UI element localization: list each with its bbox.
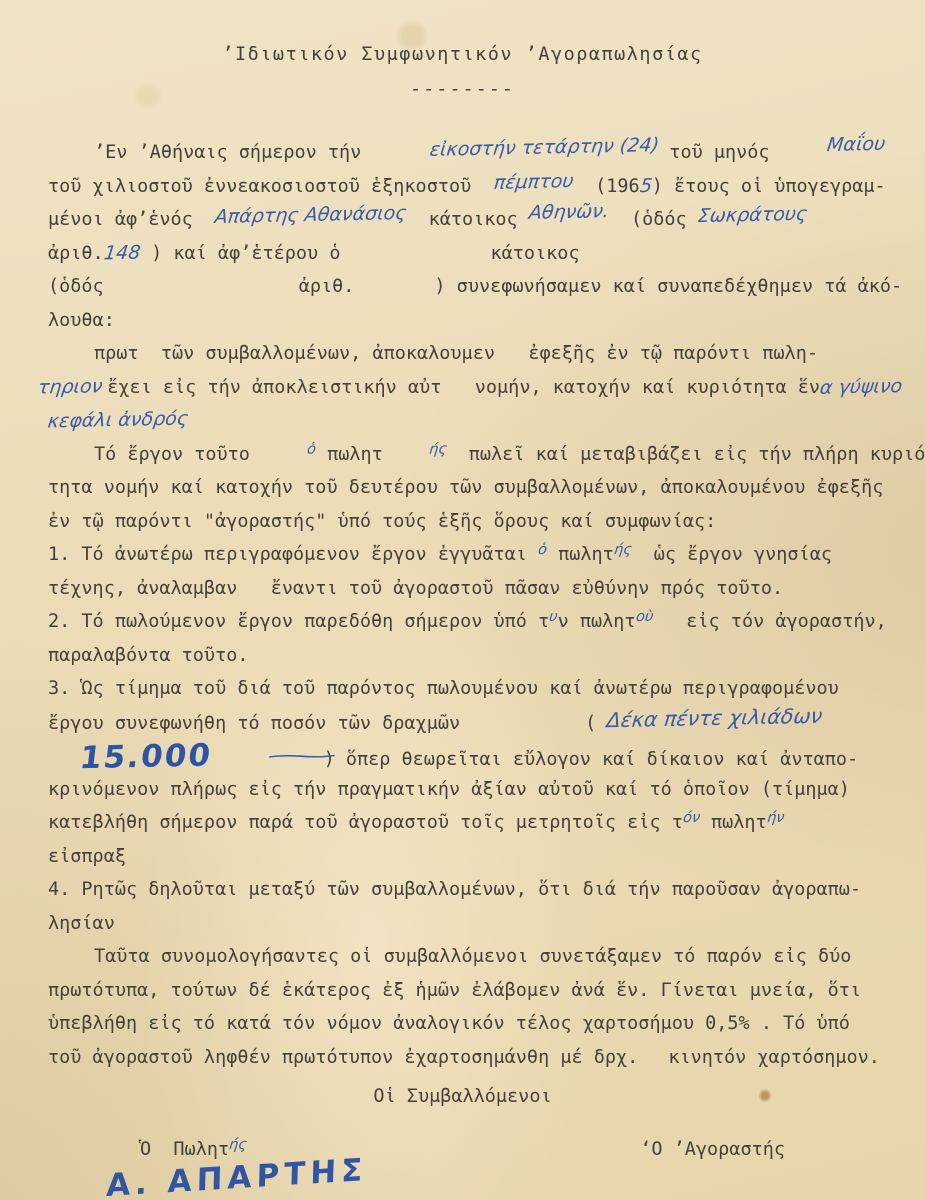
typed-segment: ) καί ἀφ’ἑτέρου ὁ	[140, 243, 340, 264]
term3-line-4: κρινόμενον πλήρως εἰς τήν πραγματικήν ἀξ…	[48, 773, 897, 807]
term2-line-2: παραλαβόντα τοῦτο.	[48, 639, 897, 673]
seller-label: Ὁ Πωλητής	[140, 1139, 247, 1160]
term1-line-1: 1. Τό ἀνωτέρω περιγραφόμενον ἔργον ἐγγυᾶ…	[48, 538, 897, 572]
typed-segment: μένοι ἀφ’ἑνός	[48, 209, 215, 230]
typed-segment: παραλαβόντα τοῦτο.	[48, 645, 248, 666]
term3-line-2: ἔργου συνεφωνήθη τό ποσόν τῶν δραχμῶν( Δ…	[48, 706, 897, 740]
seller-label-typed: Ὁ Πωλητ	[140, 1139, 229, 1160]
typed-segment: ἐν τῷ παρόντι "ἀγοραστής" ὑπό τούς ἑξῆς …	[48, 511, 716, 532]
handwritten-ending: ής	[612, 534, 634, 568]
typed-segment: τοῦ χιλιοστοῦ ἐννεακοσιοστοῦ ἑξηκοστοῦ	[48, 176, 494, 197]
typed-segment: ν πωλητ	[558, 611, 636, 632]
seller-label-handwritten-ending: ής	[228, 1137, 248, 1153]
term1-line-2: τέχνης, ἀναλαμβαν ἔναντι τοῦ ἀγοραστοῦ π…	[48, 572, 897, 606]
blank-space	[354, 291, 434, 292]
parties-line-2: ἀριθ.148 ) καί ἀφ’ἑτέρου ὁκάτοικος	[48, 237, 897, 271]
handwritten-city: Αθηνῶν.	[527, 195, 611, 230]
blank-space	[104, 291, 299, 292]
handwritten-amount-words: Δέκα πέντε χιλιάδων	[605, 699, 824, 737]
typed-segment: τοῦ μηνός	[658, 142, 781, 163]
typed-segment: κάτοικος	[406, 209, 529, 230]
term4-line-1: 4. Ρητῶς δηλοῦται μεταξύ τῶν συμβαλλομέν…	[48, 873, 897, 907]
transfer-line-2: τητα νομήν καί κατοχήν τοῦ δευτέρου τῶν …	[48, 471, 897, 505]
seller-clause-line-2: τηριονἔχει εἰς τήν ἀποκλειστικήν αὐτ νομ…	[48, 371, 897, 405]
typed-segment: λουθα:	[48, 310, 115, 331]
typed-segment: ) συνεφωνήσαμεν καί συναπεδέχθημεν τά ἀκ…	[434, 276, 902, 297]
parties-line-1: μένοι ἀφ’ἑνός Απάρτης Αθανάσιος κάτοικος…	[48, 203, 897, 237]
typed-segment: πρωτότυπα, τούτων δέ ἑκάτερος ἐξ ἡμῶν ἐλ…	[48, 980, 861, 1001]
typed-segment: (ὁδός	[48, 276, 104, 297]
closing-line-4: τοῦ ἀγοραστοῦ ληφθέν πρωτότυπον ἐχαρτοση…	[48, 1041, 897, 1075]
typed-segment: πωλητ	[316, 444, 383, 465]
typed-segment: ὑπεβλήθη εἰς τό κατά τόν νόμον ἀναλογικό…	[48, 1013, 850, 1034]
handwritten-object-word-1: α γύψινο	[818, 370, 904, 405]
signature-labels-row: Ὁ Πωλητής ‘Ο ’Αγοραστής	[48, 1139, 877, 1160]
handwritten-year-digit: 5	[638, 169, 654, 203]
blank-space	[460, 728, 585, 729]
handwritten-ending: ής	[381, 433, 449, 468]
typed-segment: Τό ἔργον τοῦτο	[94, 444, 261, 465]
typed-segment: (196	[573, 176, 640, 197]
transfer-line-1: Τό ἔργον τοῦτο ὁ πωλητής πωλεῖ καί μεταβ…	[48, 438, 897, 472]
term2-line-1: 2. Τό πωλούμενον ἔργον παρεδόθη σήμερον …	[48, 605, 897, 639]
date-line: ’Εν ’Αθήναις σήμερον τήν εἰκοστήν τετάρτ…	[48, 136, 897, 170]
handwritten-year-word: πέμπτου	[491, 165, 575, 200]
typed-segment: τοῦ ἀγοραστοῦ ληφθέν πρωτότυπον ἐχαρτοση…	[48, 1047, 638, 1068]
signatories-heading: Οἱ Συμβαλλόμενοι	[48, 1086, 877, 1107]
typed-segment: πωλητ	[700, 812, 767, 833]
typed-segment: κινητόν χαρτόσημον.	[668, 1047, 880, 1068]
blank-space	[638, 1062, 668, 1063]
term3-line-6: εἰσπραξ	[48, 840, 897, 874]
closing-line-1: Ταῦτα συνομολογήσαντες οἱ συμβαλλόμενοι …	[48, 940, 897, 974]
typed-segment: πωλεῖ καί μεταβιβάζει εἰς τήν πλήρη κυρι…	[446, 444, 925, 465]
term4-line-2: λησίαν	[48, 907, 897, 941]
handwritten-street-number: 148	[102, 236, 142, 270]
typed-segment: ’Εν ’Αθήναις σήμερον τήν	[94, 142, 384, 163]
title-divider: --------	[0, 79, 925, 100]
typed-segment: πρωτ τῶν συμβαλλομένων, ἀποκαλουμεν ἐφεξ…	[94, 343, 818, 364]
buyer-label: ‘Ο ’Αγοραστής	[640, 1139, 785, 1160]
typed-segment: (ὁδός	[609, 209, 698, 230]
agreement-intro-line: λουθα:	[48, 304, 897, 338]
typed-segment: 4. Ρητῶς δηλοῦται μεταξύ τῶν συμβαλλομέν…	[48, 879, 861, 900]
handwritten-article: ὁ	[259, 433, 318, 468]
typed-segment: (	[585, 713, 607, 734]
signature-block: Οἱ Συμβαλλόμενοι Ὁ Πωλητής ‘Ο ’Αγοραστής…	[48, 1086, 877, 1196]
typed-segment: ) ὅπερ θεωρεῖται εὔλογον καί δίκαιον καί…	[324, 749, 859, 770]
typed-segment: λησίαν	[48, 913, 115, 934]
document-body: ’Εν ’Αθήναις σήμερον τήν εἰκοστήν τετάρτ…	[48, 136, 897, 1074]
typed-segment: ἀριθ.	[48, 243, 104, 264]
object-description-line: κεφάλι ἀνδρός	[48, 404, 897, 438]
typed-segment: κρινόμενον πλήρως εἰς τήν πραγματικήν ἀξ…	[48, 779, 850, 800]
handwritten-object-word-2: κεφάλι ἀνδρός	[46, 403, 190, 439]
handwritten-month: Μαΐου	[779, 128, 887, 164]
typed-segment: ὡς ἔργον γνησίας	[631, 544, 831, 565]
closing-line-3: ὑπεβλήθη εἰς τό κατά τόν νόμον ἀναλογικό…	[48, 1007, 897, 1041]
typed-segment: πωλητ	[547, 544, 614, 565]
typed-segment: Ταῦτα συνομολογήσαντες οἱ συμβαλλόμενοι …	[94, 946, 851, 967]
typed-segment: ἔργου συνεφωνήθη τό ποσόν τῶν δραχμῶν	[48, 713, 460, 734]
typed-segment: 2. Τό πωλούμενον ἔργον παρεδόθη σήμερον …	[48, 611, 549, 632]
blank-space	[340, 258, 490, 259]
typed-segment: 3. Ὡς τίμημα τοῦ διά τοῦ παρόντος πωλουμ…	[48, 678, 839, 699]
handwritten-word-tirion: τηριον	[36, 370, 104, 405]
typed-segment: ἔχει εἰς τήν ἀποκλειστικήν αὐτ νομήν, κα…	[107, 377, 820, 398]
seller-clause-line-1: πρωτ τῶν συμβαλλομένων, ἀποκαλουμεν ἐφεξ…	[48, 337, 897, 371]
typed-segment: τητα νομήν καί κατοχήν τοῦ δευτέρου τῶν …	[48, 477, 883, 498]
handwritten-ending: όν	[681, 802, 702, 836]
transfer-line-3: ἐν τῷ παρόντι "ἀγοραστής" ὑπό τούς ἑξῆς …	[48, 505, 897, 539]
typed-segment: ἀριθ.	[299, 276, 355, 297]
handwritten-seller-name: Απάρτης Αθανάσιος	[213, 197, 409, 234]
handwritten-ending: οὺ	[634, 601, 655, 635]
typed-segment: κατεβλήθη σήμερον παρά τοῦ ἀγοραστοῦ τοῖ…	[48, 812, 683, 833]
handwritten-street: Σωκράτους	[696, 198, 809, 234]
typed-segment: εἰσπραξ	[48, 846, 126, 867]
typed-segment: 1. Τό ἀνωτέρω περιγραφόμενον ἔργον ἐγγυᾶ…	[48, 544, 538, 565]
parties-line-3: (ὁδόςἀριθ.) συνεφωνήσαμεν καί συναπεδέχθ…	[48, 270, 897, 304]
typed-segment: εἰς τόν ἀγοραστήν,	[653, 611, 887, 632]
handwritten-ending: ήν	[765, 802, 786, 836]
term3-line-5: κατεβλήθη σήμερον παρά τοῦ ἀγοραστοῦ τοῖ…	[48, 806, 897, 840]
closing-line-2: πρωτότυπα, τούτων δέ ἑκάτερος ἐξ ἡμῶν ἐλ…	[48, 974, 897, 1008]
typed-segment: τέχνης, ἀναλαμβαν ἔναντι τοῦ ἀγοραστοῦ π…	[48, 578, 783, 599]
scanned-contract-page: ’Ιδιωτικόν Συμφωνητικόν ’Αγοραπωλησίας -…	[0, 0, 925, 1200]
handwritten-date: εἰκοστήν τετάρτην (24)	[381, 129, 660, 168]
term3-amount-line: 15.000~) ὅπερ θεωρεῖται εὔλογον καί δίκα…	[48, 739, 897, 773]
squiggle-mark: ~	[170, 740, 346, 774]
typed-segment: κάτοικος	[490, 243, 579, 264]
document-title: ’Ιδιωτικόν Συμφωνητικόν ’Αγοραπωλησίας	[0, 44, 925, 65]
typed-segment: ) ἔτους οἱ ὑπογεγραμ-	[652, 176, 886, 197]
